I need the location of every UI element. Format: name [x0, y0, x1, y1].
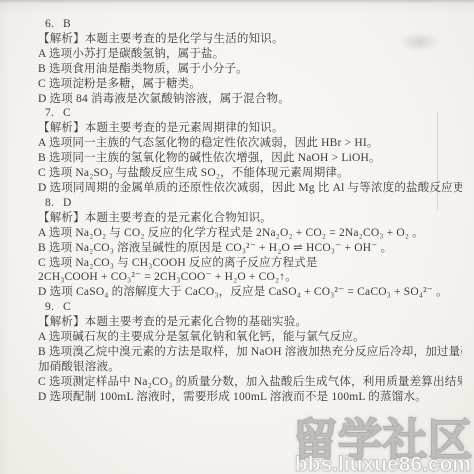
option-a-line: A 选项同一主族的气态氢化物的稳定性依次减弱，因此 HBr > HI。: [38, 136, 462, 151]
option-d-line: D 选项 CaSO₄ 的溶解度大于 CaCO₃，反应是 CaSO₄ + CO₃²…: [38, 285, 462, 300]
option-b-line: B 选项同一主族的氢氧化物的碱性依次增强，因此 NaOH > LiOH。: [38, 151, 462, 166]
question-heading: 7.C: [38, 106, 462, 121]
answer-key-content: 6.B 【解析】本题主要考查的是化学与生活的知识。 A 选项小苏打是碳酸氢钠，属…: [38, 17, 462, 405]
option-c-line: C 选项淀粉是多糖，属于糖类。: [38, 77, 462, 92]
option-a-line: A 选项 Na₂O₂ 与 CO₂ 反应的化学方程式是 2Na₂O₂ + CO₂ …: [38, 226, 462, 241]
question-number: 6.: [45, 18, 54, 30]
option-d-line: D 选项配制 100mL 溶液时，需要形成 100mL 溶液而不是 100mL …: [38, 390, 462, 405]
question-block-8: 8.D 【解析】本题主要考查的是元素化合物知识。 A 选项 Na₂O₂ 与 CO…: [38, 196, 462, 300]
option-b-line: B 选项溴乙烷中溴元素的方法是取样，加 NaOH 溶液加热充分反应后冷却，加过量…: [38, 345, 462, 360]
answer-letter: B: [63, 18, 71, 30]
answer-letter: C: [63, 301, 71, 313]
option-c-line: C 选项测定样品中 Na₂CO₃ 的质量分数，加入盐酸后生成气体，利用质量差算出…: [38, 375, 462, 390]
question-number: 8.: [45, 197, 54, 209]
analysis-line: 【解析】本题主要考查的是元素化合物的基础实验。: [38, 315, 462, 330]
site-watermark: 留学社区 bbs.liuxue86.com: [293, 420, 473, 474]
question-heading: 8.D: [38, 196, 462, 211]
question-heading: 6.B: [38, 17, 462, 32]
option-d-line: D 选项同周期的金属单质的还原性依次减弱，因此 Mg 比 Al 与等浓度的盐酸反…: [38, 181, 462, 196]
option-b-line: B 选项 Na₂CO₃ 溶液呈碱性的原因是 CO₃²⁻ + H₂O ⇌ HCO₃…: [38, 241, 462, 256]
option-b-continued-line: 加硝酸银溶液。: [38, 360, 462, 375]
question-block-7: 7.C 【解析】本题主要考查的是元素周期律的知识。 A 选项同一主族的气态氢化物…: [38, 106, 462, 195]
question-heading: 9.C: [38, 300, 462, 315]
watermark-url: bbs.liuxue86.com: [293, 455, 473, 474]
question-number: 7.: [45, 107, 54, 119]
equation-line: 2CH₃COOH + CO₃²⁻ = 2CH₃COO⁻ + H₂O + CO₂↑…: [38, 270, 462, 285]
analysis-line: 【解析】本题主要考查的是元素周期律的知识。: [38, 121, 462, 136]
answer-letter: D: [63, 197, 72, 209]
option-a-line: A 选项小苏打是碳酸氢钠，属于盐。: [38, 47, 462, 62]
analysis-line: 【解析】本题主要考查的是元素化合物知识。: [38, 211, 462, 226]
option-b-line: B 选项食用油是酯类物质，属于小分子。: [38, 62, 462, 77]
analysis-line: 【解析】本题主要考查的是化学与生活的知识。: [38, 32, 462, 47]
option-d-line: D 选项 84 消毒液是次氯酸钠溶液，属于混合物。: [38, 92, 462, 107]
question-block-6: 6.B 【解析】本题主要考查的是化学与生活的知识。 A 选项小苏打是碳酸氢钠，属…: [38, 17, 462, 106]
answer-letter: C: [63, 107, 71, 119]
option-c-line: C 选项 Na₂SO₃ 与盐酸反应生成 SO₂，不能体现元素周期律。: [38, 166, 462, 181]
question-number: 9.: [45, 301, 54, 313]
option-a-line: A 选项碱石灰的主要成分是氢氧化钠和氧化钙，能与氯气反应。: [38, 330, 462, 345]
question-block-9: 9.C 【解析】本题主要考查的是元素化合物的基础实验。 A 选项碱石灰的主要成分…: [38, 300, 462, 404]
option-c-line: C 选项 Na₂CO₃ 与 CH₃COOH 反应的离子反应方程式是: [38, 256, 462, 271]
